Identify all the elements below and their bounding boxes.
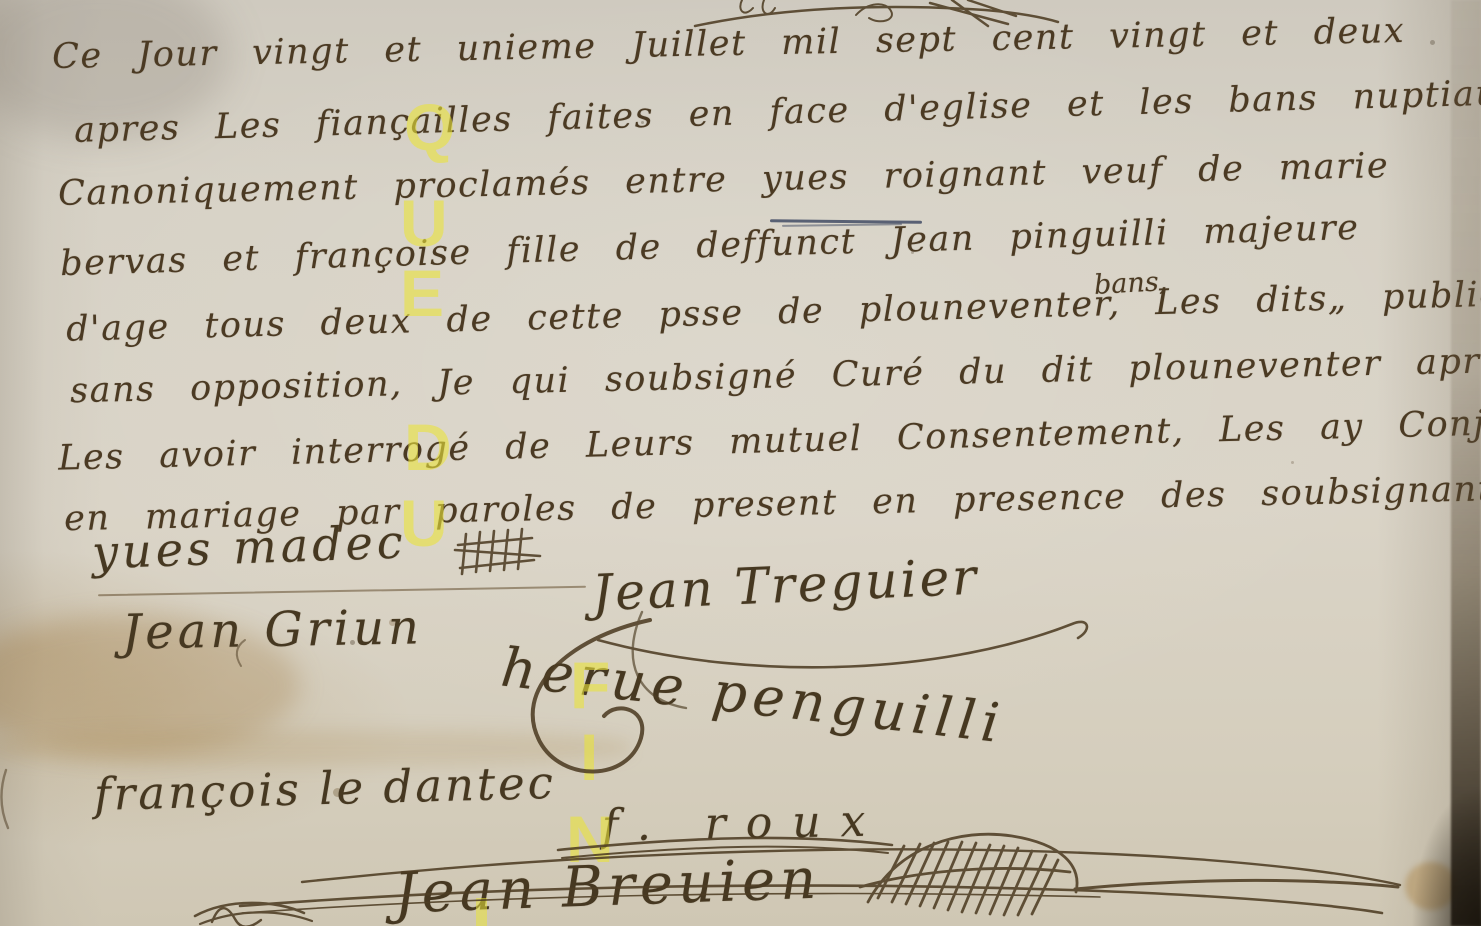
watermark-letter-e: E xyxy=(400,260,444,326)
signature-francois-le-dantec: françois le dantec xyxy=(93,756,556,821)
watermark-letter-q: Q xyxy=(404,94,455,160)
watermark-letter-i: I xyxy=(580,724,598,790)
madec-underline xyxy=(98,586,586,597)
watermark-letter-n: N xyxy=(566,806,614,872)
madec-mark xyxy=(455,529,540,574)
book-gutter-corner xyxy=(1411,786,1481,926)
watermark-letter-u2: U xyxy=(400,490,448,556)
watermark-letter-u1: U xyxy=(400,190,448,256)
watermark-letter-d: D xyxy=(404,414,452,480)
interlinear-insertion-bans: bans, xyxy=(1093,266,1168,301)
manuscript-page: Ce Jour vingt et unieme Juillet mil sept… xyxy=(0,0,1481,926)
manuscript-line-3: Canoniquement proclamés entre yues roign… xyxy=(58,146,1390,214)
manuscript-line-6: sans opposition, Je qui soubsigné Curé d… xyxy=(70,341,1481,411)
signature-f-roux: f. roux xyxy=(602,796,886,852)
manuscript-line-7: Les avoir interrogé de Leurs mutuel Cons… xyxy=(58,401,1481,478)
signature-yves-madec: yues madec xyxy=(91,515,407,580)
watermark-letter-f: F xyxy=(570,652,610,718)
manuscript-line-2: apres Les fiançailles faites en face d'e… xyxy=(74,73,1481,151)
signature-jean-griun: Jean Griun xyxy=(122,599,424,660)
manuscript-line-5: d'age tous deux de cette psse de plounev… xyxy=(66,274,1481,350)
watermark-partial-sliver xyxy=(476,898,487,926)
signature-jean-treguier: Jean Treguier xyxy=(591,548,980,623)
manuscript-line-1: Ce Jour vingt et unieme Juillet mil sept… xyxy=(52,11,1406,77)
